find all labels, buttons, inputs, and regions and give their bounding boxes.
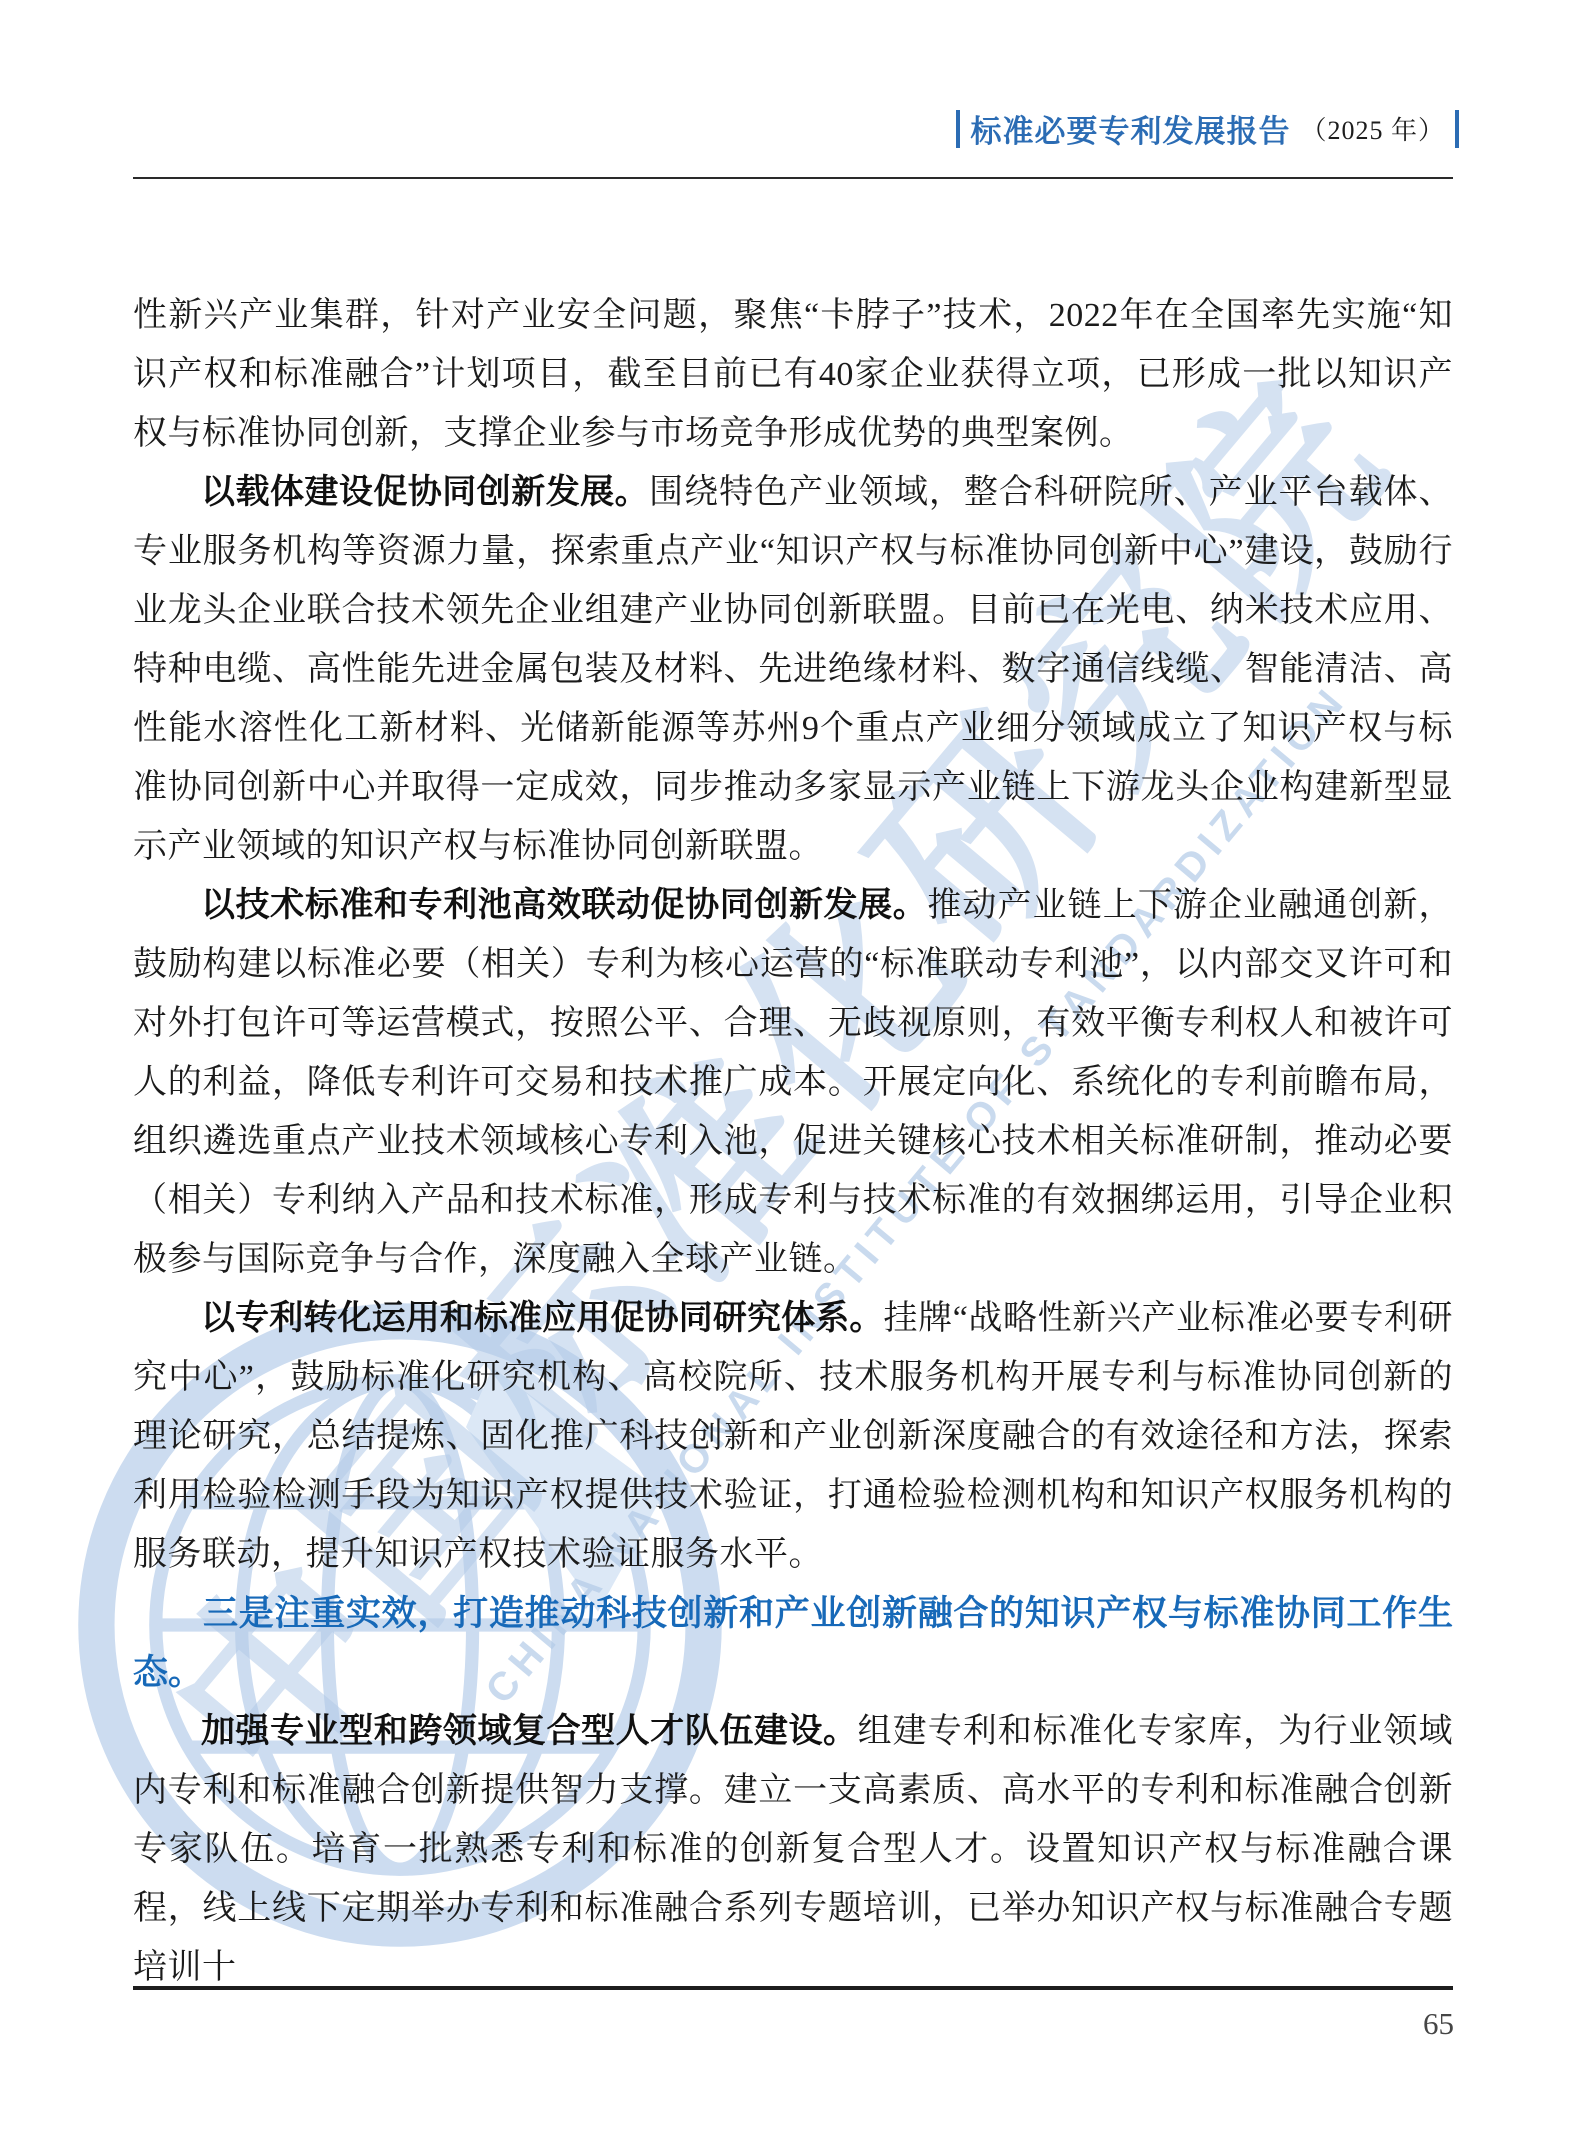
page-body: 性新兴产业集群，针对产业安全问题，聚焦“卡脖子”技术，2022年在全国率先实施“…: [133, 286, 1453, 1997]
paragraph-lead: 以技术标准和专利池高效联动促协同创新发展。: [201, 886, 927, 924]
paragraph-patent-pool: 以技术标准和专利池高效联动促协同创新发展。推动产业链上下游企业融通创新，鼓励构建…: [133, 876, 1453, 1289]
footer-rule: [133, 1986, 1453, 1990]
paragraph-lead: 以载体建设促协同创新发展。: [201, 473, 649, 511]
paragraph-text: 组建专利和标准化专家库，为行业领域内专利和标准融合创新提供智力支撑。建立一支高素…: [133, 1713, 1453, 1986]
paragraph-carrier-building: 以载体建设促协同创新发展。围绕特色产业领域，整合科研院所、产业平台载体、专业服务…: [133, 463, 1453, 876]
section-heading-three: 三是注重实效，打造推动科技创新和产业创新融合的知识产权与标准协同工作生态。: [133, 1584, 1453, 1702]
paragraph-text: 性新兴产业集群，针对产业安全问题，聚焦“卡脖子”技术，2022年在全国率先实施“…: [133, 297, 1453, 452]
running-header: 标准必要专利发展报告 （2025 年）: [956, 106, 1459, 151]
paragraph-lead: 加强专业型和跨领域复合型人才队伍建设。: [201, 1712, 858, 1750]
header-right-bar: [1455, 110, 1459, 148]
page-number: 65: [1423, 2006, 1454, 2042]
paragraph-talent-team: 加强专业型和跨领域复合型人才队伍建设。组建专利和标准化专家库，为行业领域内专利和…: [133, 1702, 1453, 1997]
header-left-bar: [956, 110, 960, 148]
paragraph-text: 推动产业链上下游企业融通创新，鼓励构建以标准必要（相关）专利为核心运营的“标准联…: [133, 887, 1453, 1278]
paragraph-text: 挂牌“战略性新兴产业标准必要专利研究中心”，鼓励标准化研究机构、高校院所、技术服…: [133, 1300, 1453, 1573]
header-title: 标准必要专利发展报告: [970, 106, 1290, 151]
header-year: （2025 年）: [1300, 110, 1445, 147]
paragraph-continuation: 性新兴产业集群，针对产业安全问题，聚焦“卡脖子”技术，2022年在全国率先实施“…: [133, 286, 1453, 463]
paragraph-lead: 以专利转化运用和标准应用促协同研究体系。: [201, 1299, 883, 1337]
report-page: 中国标准化研究院 CHINA NATIONAL INSTITUTE OF STA…: [0, 0, 1587, 2154]
paragraph-research-system: 以专利转化运用和标准应用促协同研究体系。挂牌“战略性新兴产业标准必要专利研究中心…: [133, 1289, 1453, 1584]
paragraph-text: 围绕特色产业领域，整合科研院所、产业平台载体、专业服务机构等资源力量，探索重点产…: [133, 474, 1453, 865]
header-rule: [133, 177, 1453, 179]
